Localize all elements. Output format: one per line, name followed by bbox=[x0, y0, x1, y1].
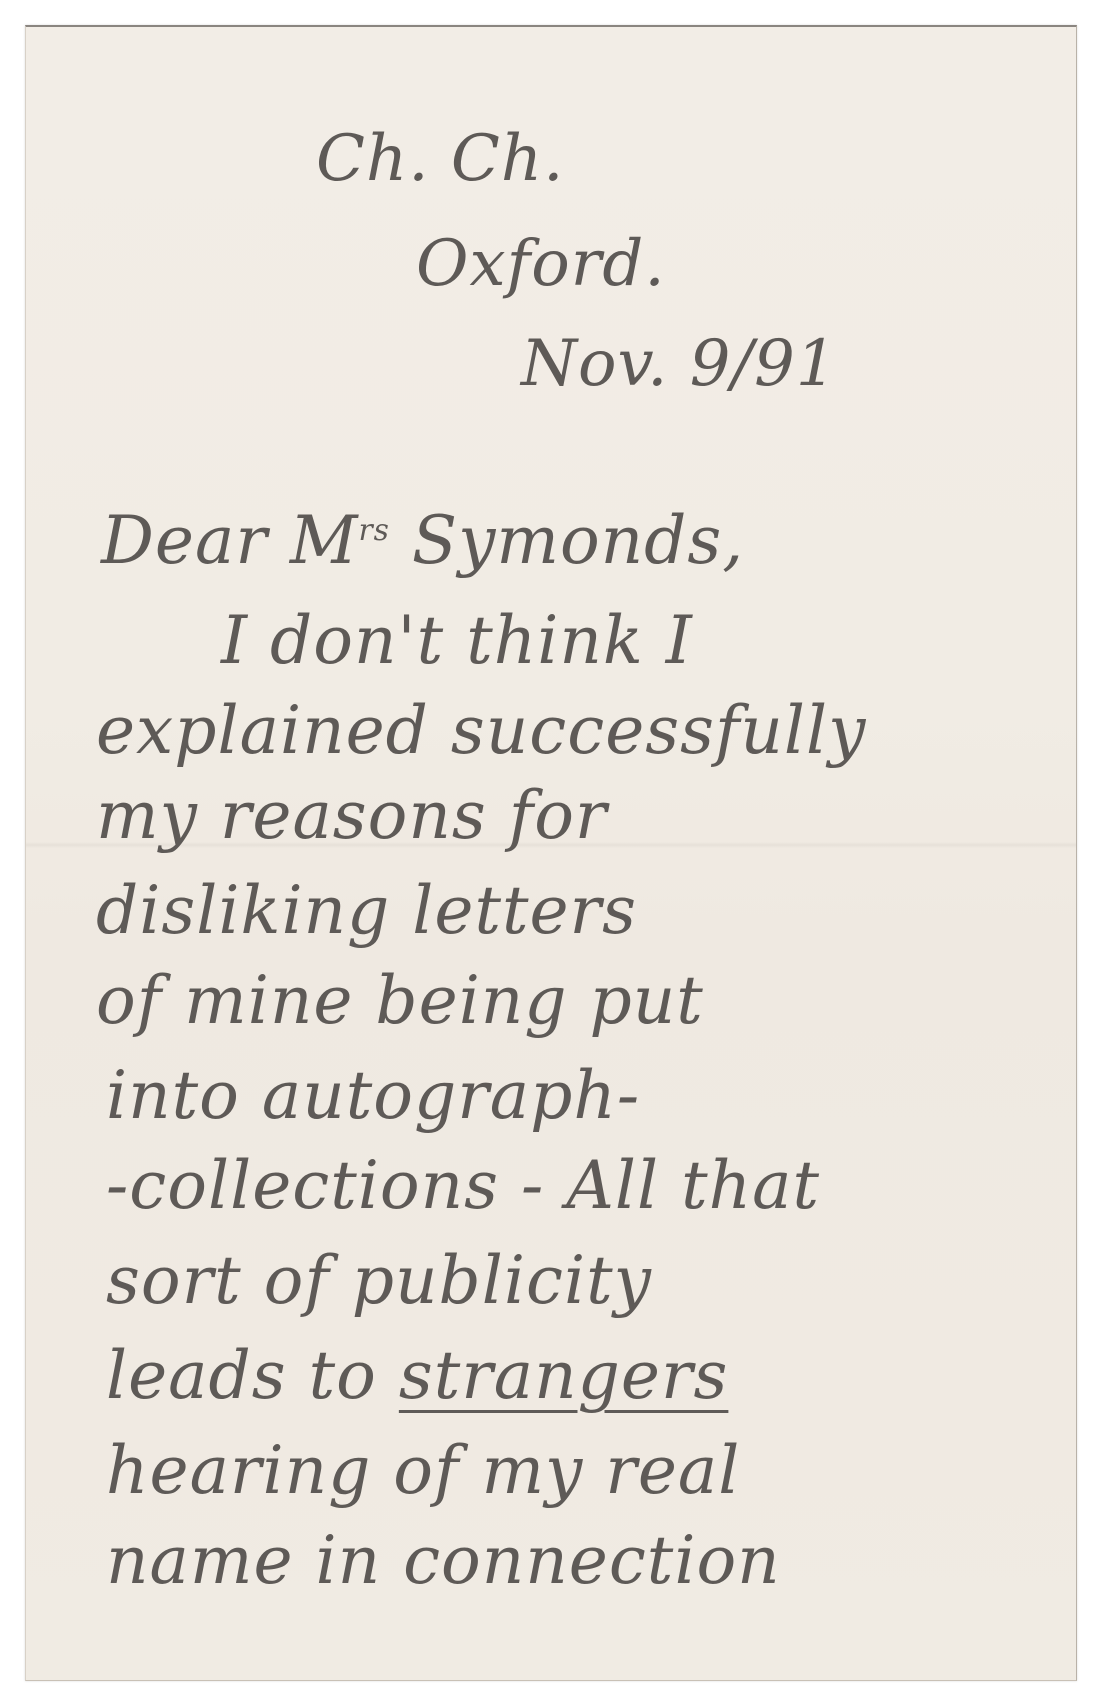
underlined-word: strangers bbox=[399, 1337, 729, 1414]
body-line-11: name in connection bbox=[106, 1522, 781, 1599]
body-line-1: I don't think I bbox=[221, 602, 693, 679]
body-line-6: into autograph- bbox=[106, 1057, 640, 1134]
address-line-2: Oxford. bbox=[416, 227, 666, 301]
salutation: Dear Mrs Symonds, bbox=[101, 502, 744, 579]
body-line-5: of mine being put bbox=[96, 962, 704, 1039]
body-line-7: -collections - All that bbox=[106, 1147, 820, 1224]
body-line-9-text: leads to bbox=[106, 1337, 399, 1414]
body-line-10: hearing of my real bbox=[106, 1432, 740, 1509]
address-line-1: Ch. Ch. bbox=[316, 122, 564, 196]
salutation-prefix: Dear M bbox=[101, 502, 358, 579]
salutation-name: Symonds, bbox=[390, 502, 744, 579]
body-line-4: disliking letters bbox=[96, 872, 637, 949]
letter-page: Ch. Ch. Oxford. Nov. 9/91 Dear Mrs Symon… bbox=[25, 25, 1077, 1681]
body-line-3: my reasons for bbox=[96, 777, 607, 854]
body-line-8: sort of publicity bbox=[106, 1242, 652, 1319]
body-line-9: leads to strangers bbox=[106, 1337, 728, 1414]
letter-date: Nov. 9/91 bbox=[521, 327, 838, 401]
salutation-superscript: rs bbox=[358, 513, 389, 548]
body-line-2: explained successfully bbox=[96, 692, 866, 769]
